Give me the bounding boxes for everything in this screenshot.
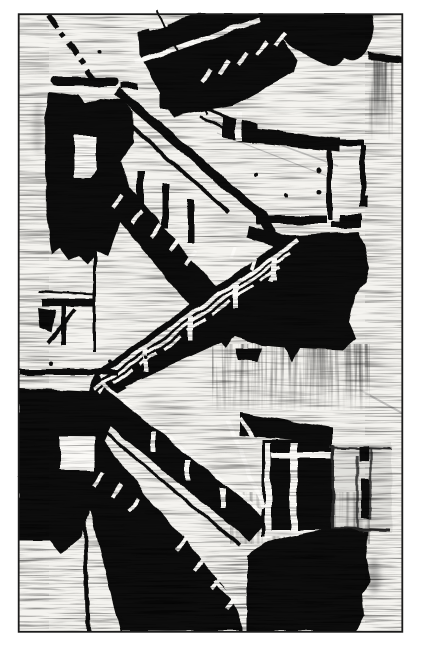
film-grain <box>19 15 402 631</box>
photo-canvas <box>0 0 448 650</box>
fire-escape-photograph <box>0 0 448 650</box>
